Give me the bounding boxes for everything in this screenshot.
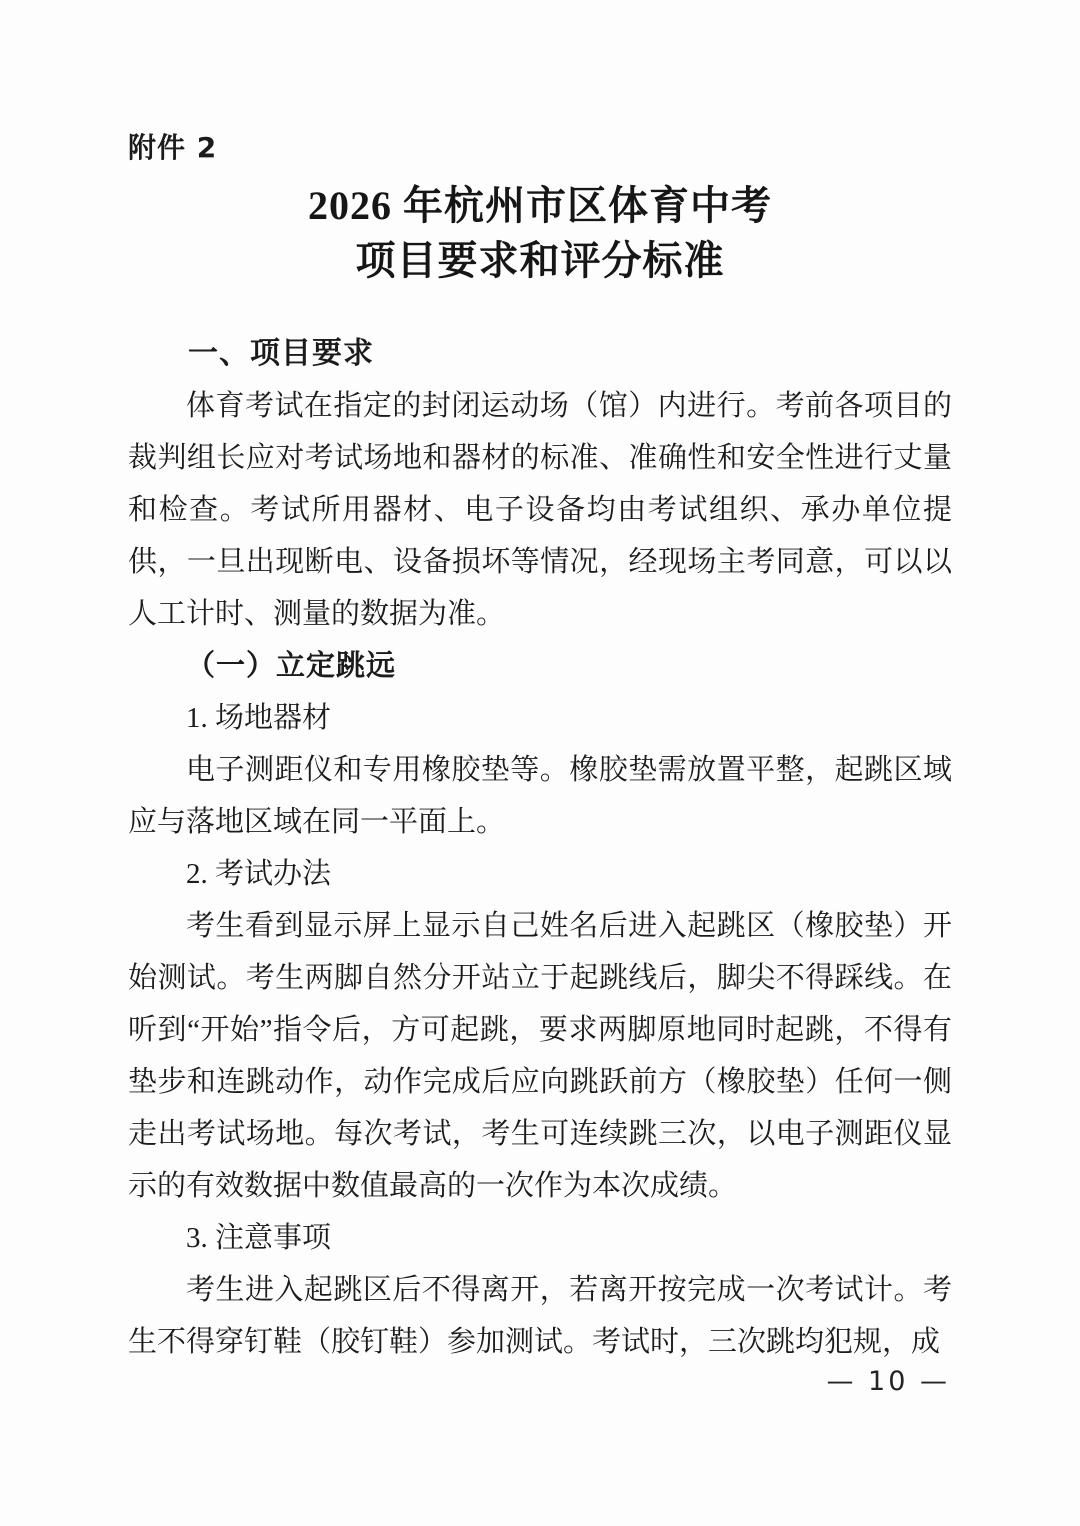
item-paragraph-precautions: 考生进入起跳区后不得离开，若离开按完成一次考试计。考生不得穿钉鞋（胶钉鞋）参加测… <box>128 1264 952 1368</box>
section-intro-paragraph: 体育考试在指定的封闭运动场（馆）内进行。考前各项目的裁判组长应对考试场地和器材的… <box>128 380 952 640</box>
attachment-label: 附件 2 <box>128 130 952 166</box>
document-title: 2026 年杭州市区体育中考 项目要求和评分标准 <box>128 178 952 288</box>
item-paragraph-exam-method: 考生看到显示屏上显示自己姓名后进入起跳区（橡胶垫）开始测试。考生两脚自然分开站立… <box>128 900 952 1212</box>
document-title-line-1: 2026 年杭州市区体育中考 <box>128 178 952 233</box>
page-number: — 10 — <box>826 1366 950 1397</box>
document-title-line-2: 项目要求和评分标准 <box>128 233 952 288</box>
document-page: 附件 2 2026 年杭州市区体育中考 项目要求和评分标准 一、项目要求 体育考… <box>0 0 1080 1526</box>
document-body: 一、项目要求 体育考试在指定的封闭运动场（馆）内进行。考前各项目的裁判组长应对考… <box>128 328 952 1368</box>
subsection-heading-standing-long-jump: （一）立定跳远 <box>128 640 952 692</box>
section-heading-project-requirements: 一、项目要求 <box>128 328 952 380</box>
item-heading-venue-equipment: 1. 场地器材 <box>128 692 952 744</box>
item-paragraph-venue-equipment: 电子测距仪和专用橡胶垫等。橡胶垫需放置平整，起跳区域应与落地区域在同一平面上。 <box>128 744 952 848</box>
item-heading-precautions: 3. 注意事项 <box>128 1212 952 1264</box>
item-heading-exam-method: 2. 考试办法 <box>128 848 952 900</box>
